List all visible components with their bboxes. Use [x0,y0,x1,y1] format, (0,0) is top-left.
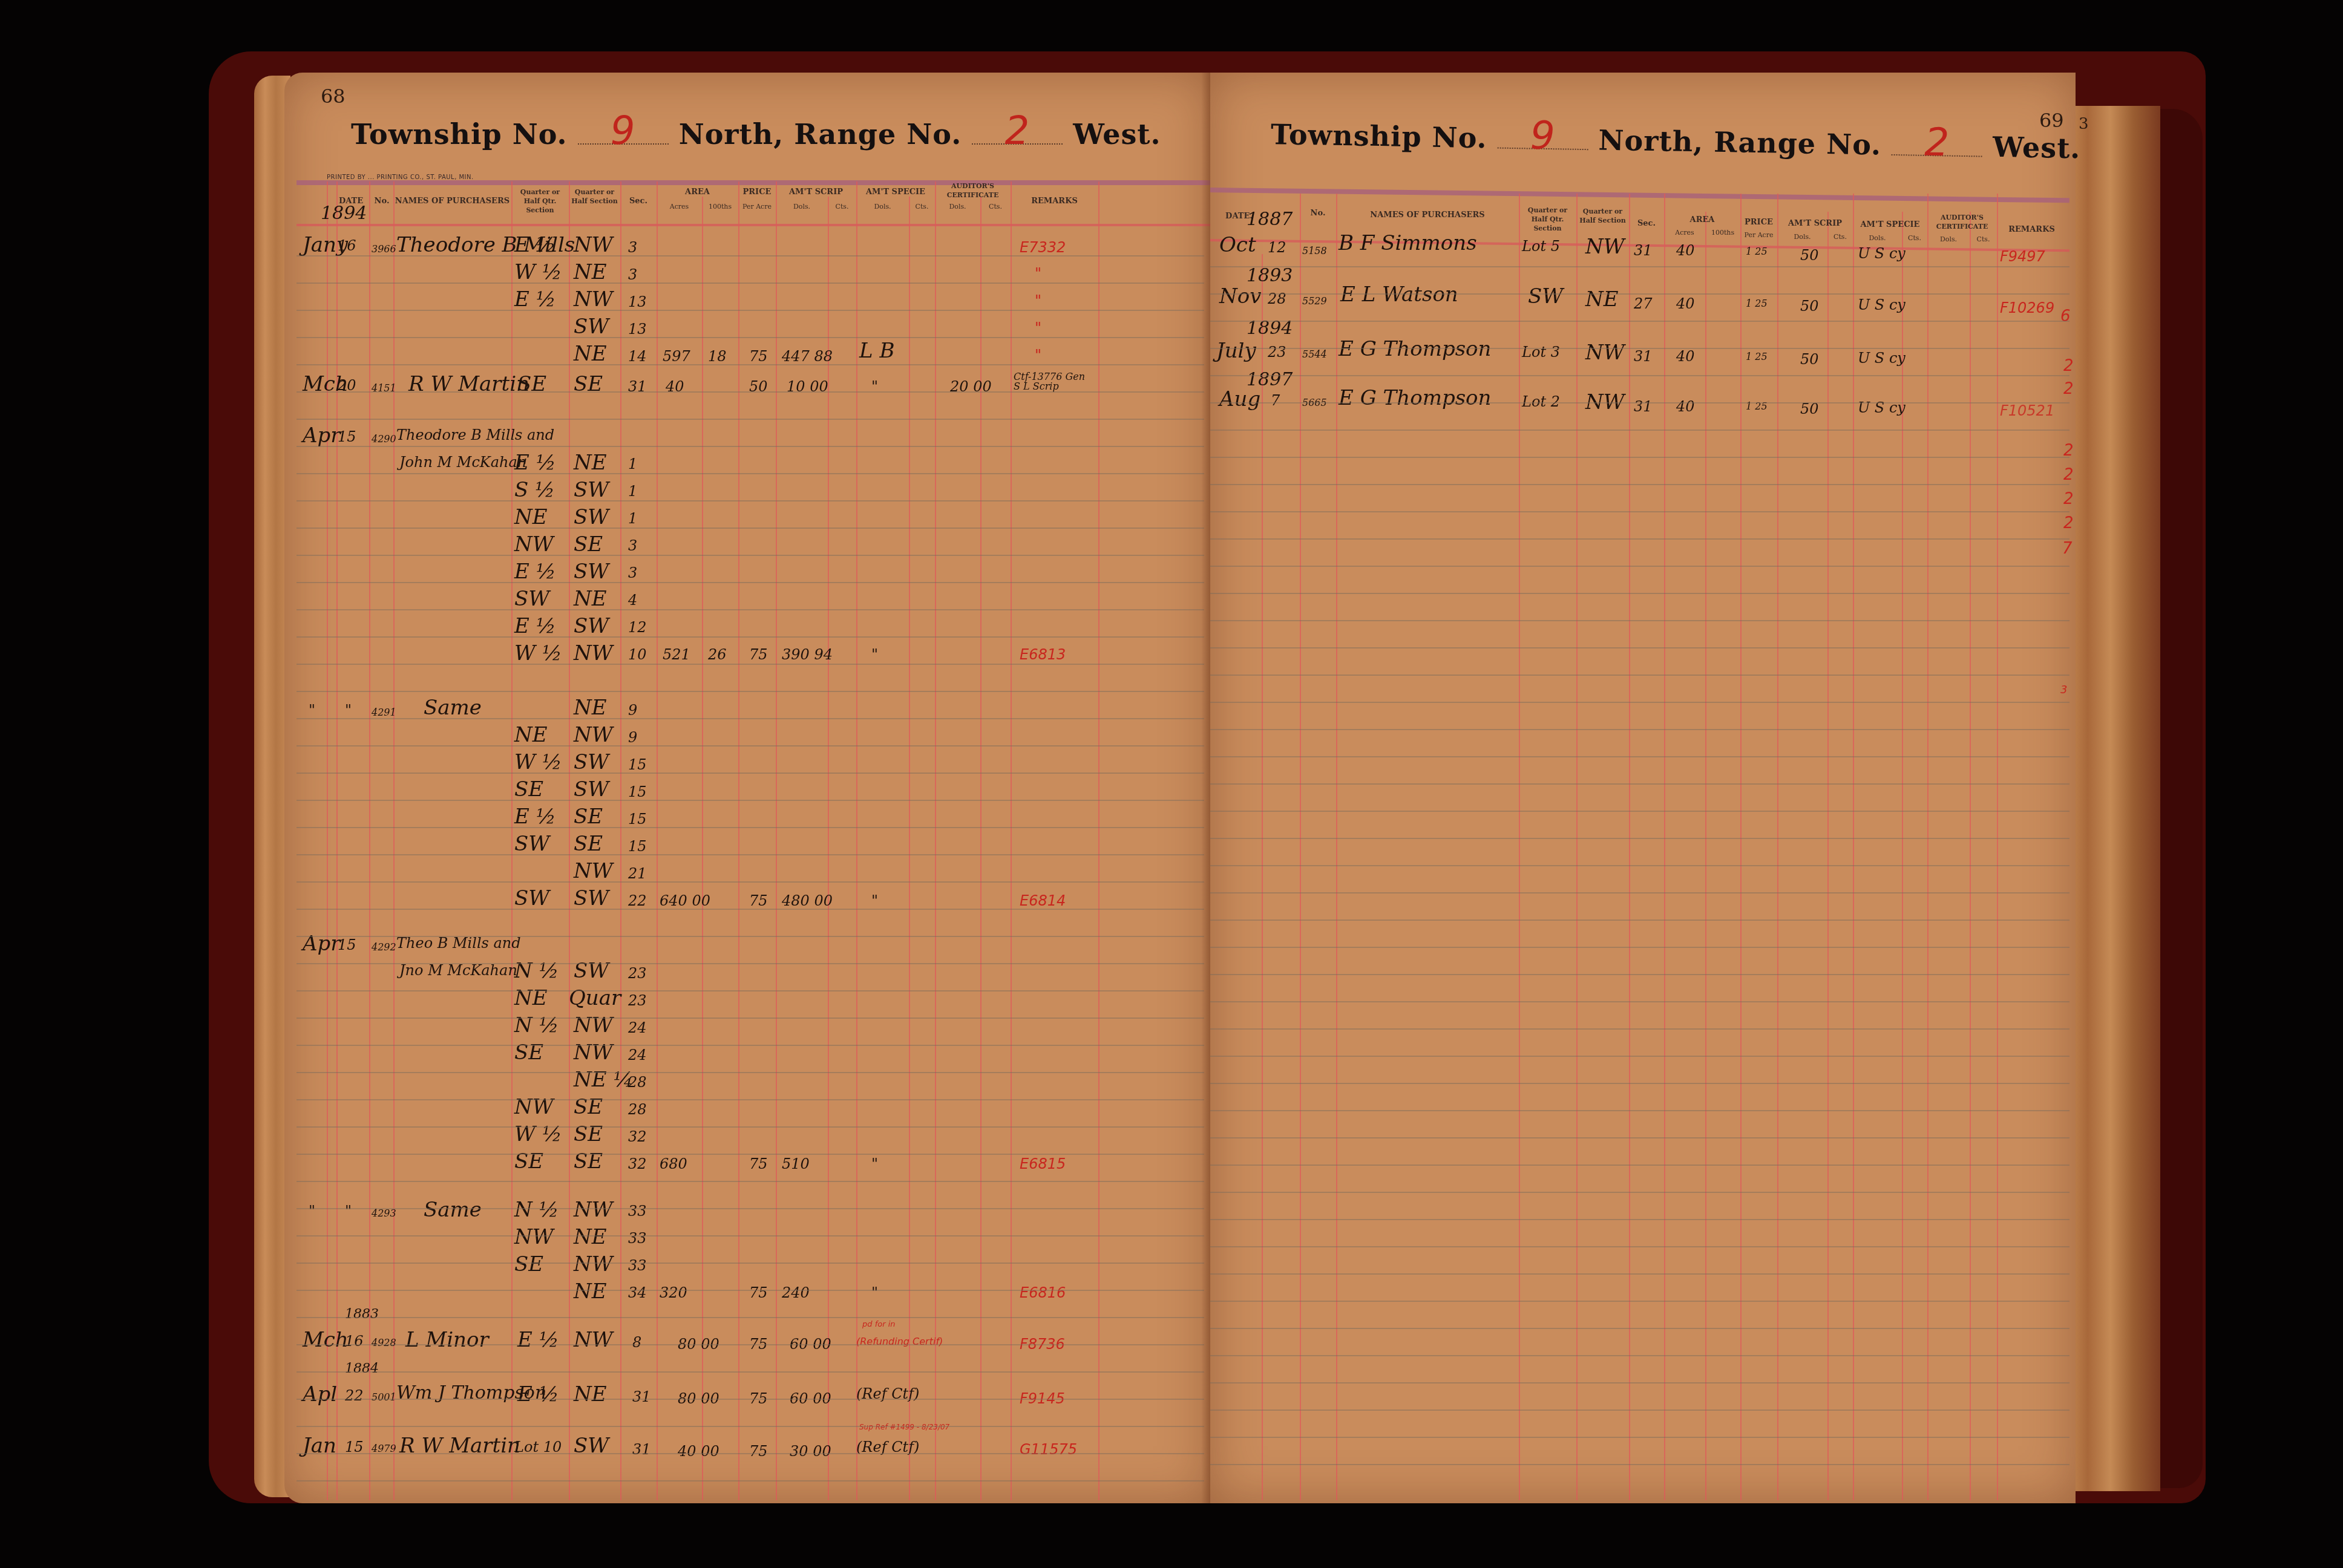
ledger-line [1210,1165,2069,1166]
ledger-line [1210,620,2069,621]
entry-half: NW [1585,341,1625,365]
ledger-line [1210,1246,2069,1247]
ledger-line [297,1099,1204,1100]
col-rule [856,181,857,1500]
entry-specie: " [871,646,878,663]
ledger-line [297,1371,1204,1373]
ledger-line [297,909,1204,910]
entry-half: NE ¼ [574,1068,633,1092]
entry-scrip: 447 88 [782,348,833,365]
ledger-line [1210,538,2069,540]
entry-sec: 31 [632,1388,651,1405]
col-no: No. [1300,209,1336,218]
ledger-line [297,1290,1204,1291]
entry-sec: 31 [1634,348,1653,365]
col-scrip-cts: Cts. [828,203,856,211]
ledger-line [297,1126,1204,1128]
entry-number: 5001 [372,1391,396,1403]
entry-sec: 23 [628,992,647,1009]
entry-sec: 15 [628,811,647,828]
ledger-line [1210,484,2069,485]
entry-date-day: 15 [338,428,356,445]
entry-half: NW [574,1198,613,1222]
entry-date-day: " [345,702,352,719]
entry-half: NW [574,1252,613,1276]
col-rule [1827,212,1829,1500]
entry-sec: 15 [628,838,647,855]
ledger-line [1210,1355,2069,1356]
header-band [297,180,1210,185]
edge-mark: 7 [2062,540,2073,558]
ledger-line [1210,1410,2069,1411]
entry-scrip: 240 [782,1284,810,1301]
col-rule [1576,194,1578,1500]
ledger-line [1210,783,2069,785]
ledger-line [297,1426,1204,1427]
entry-sec: 3 [628,537,637,554]
entry-qtr: SE [514,1252,543,1276]
edge-mark: 2 [2063,514,2074,532]
entry-scrip: 30 00 [790,1443,831,1460]
edge-page-number: 3 [2079,115,2089,133]
entry-specie: " [871,892,878,909]
ledger-line [297,1045,1204,1046]
entry-qtr: NE [514,723,548,747]
entry-sec: 22 [628,892,647,909]
entry-purchaser-2: John M McKahan [399,454,526,471]
col-auditor: AUDITOR'S CERTIFICATE [935,181,1011,200]
col-rule [1740,194,1742,1500]
entry-qtr: Lot 5 [1522,238,1560,255]
entry-purchaser: Theo B Mills and [396,935,521,952]
entry-half: SW [574,777,609,802]
entry-remark: E7332 [1020,239,1066,256]
west-label: West. [1073,118,1161,151]
township-value: 9 [578,119,669,145]
entry-year: 1887 [1247,209,1293,230]
entry-qtr: E ½ [517,1328,559,1352]
entry-sec: 28 [628,1101,647,1118]
col-area: AREA [1664,215,1740,224]
ledger-line [1210,675,2069,676]
entry-half: SW [574,315,609,339]
entry-half: SW [574,478,609,502]
edge-mark: 2 [2063,357,2074,375]
col-names: NAMES OF PURCHASERS [1336,211,1519,220]
entry-sec: 23 [628,965,647,982]
entry-sec: 33 [628,1203,647,1220]
entry-qtr: E ½ [514,805,556,829]
col-rule [935,181,936,1500]
col-rule [1262,254,1263,1500]
entry-acres: 40 [1676,398,1695,415]
entry-number: 4928 [372,1337,396,1348]
entry-date-month: " [309,702,315,719]
col-qtr-half-qtr: Quarter or Half Qtr. Section [511,188,569,215]
ledger-line [1210,1328,2069,1329]
entry-half: NE [1585,287,1619,312]
entry-date-day: 7 [1271,392,1280,409]
entry-qtr: W ½ [514,1122,562,1146]
ledger-line [1210,892,2069,893]
entry-sec: 3 [628,564,637,581]
col-rule [1336,194,1337,1500]
range-value: 2 [972,119,1063,145]
ledger-line [1210,947,2069,948]
entry-year: 1883 [345,1307,379,1322]
col-scrip-cts: Cts. [1827,233,1853,241]
ledger-line [1210,457,2069,458]
col-sec: Sec. [1629,219,1664,228]
entry-sec: 1 [628,456,637,472]
entry-purchaser: B F Simmons [1339,231,1477,255]
col-specie-dols: Dols. [1853,234,1902,242]
entry-purchaser: Same [424,1198,482,1222]
ledger-line [297,881,1204,883]
entry-half: NW [574,1013,613,1037]
entry-half: SE [574,1095,603,1119]
entry-sec: 3 [628,239,637,256]
entry-qtr: E ½ [514,451,556,475]
col-rule [1853,194,1854,1500]
entry-acres: 40 00 [678,1443,719,1460]
entry-price: 75 [749,646,768,663]
col-area-100ths: 100ths [702,203,738,211]
entry-remark: G11575 [1020,1441,1077,1458]
entry-half: NW [574,1328,613,1352]
entry-date-day: 22 [345,1387,364,1404]
entry-number: 3966 [372,243,396,255]
entry-price: 75 [749,1284,768,1301]
entry-half: NE [574,342,607,366]
entry-qtr: N ½ [514,1198,559,1222]
entry-year: 1884 [345,1361,379,1376]
entry-qtr: NW [514,532,554,557]
ledger-line [297,1263,1204,1264]
entry-acres: 640 00 [660,892,710,909]
entry-sec: 32 [628,1128,647,1145]
edge-mark: 6 [2060,307,2071,325]
entry-qtr: E ½ [514,614,556,638]
col-price-per-acre: Per Acre [738,203,776,211]
page-number: 68 [321,85,346,108]
entry-remark: " [1035,347,1041,364]
entry-qtr: NW [514,1095,554,1119]
entry-100ths: 26 [708,646,727,663]
page-title: Township No. 9 North, Range No. 2 West. [1271,118,2081,165]
entry-remark: E6815 [1020,1155,1066,1172]
ledger-line [1210,1028,2069,1030]
township-label: Township No. [1271,118,1487,154]
entry-scrip: 510 [782,1155,810,1172]
ledger-line [297,1072,1204,1073]
ledger-line [297,718,1204,719]
ledger-line [297,636,1204,638]
entry-specie: U S cy [1858,296,1906,313]
col-scrip: AM'T SCRIP [1777,219,1853,228]
entry-sec: 24 [628,1047,647,1063]
entry-half: NE [574,260,607,284]
entry-sec: 31 [632,1441,651,1458]
col-rule [1664,194,1665,1500]
entry-sec: 4 [628,592,637,609]
entry-qtr: SE [517,372,546,396]
entry-purchaser: Same [424,696,482,720]
entry-date-month: Nov [1219,284,1261,309]
ledger-line [1210,865,2069,866]
entry-qtr: N ½ [514,1013,559,1037]
entry-sec: 13 [628,293,647,310]
entry-qtr: Lot 2 [1522,393,1560,410]
page-number: 69 [2039,109,2064,132]
col-rule [1519,194,1520,1500]
col-scrip-dols: Dols. [1777,233,1827,241]
col-area-acres: Acres [1664,229,1705,237]
entry-half: NE [574,1225,607,1249]
edge-mark: 2 [2063,466,2074,484]
col-rule [1970,212,1971,1500]
entry-scrip: 480 00 [782,892,833,909]
entry-sec: 33 [628,1230,647,1247]
edge-mark: 3 [2060,684,2067,696]
entry-qtr: SW [514,832,549,856]
ledger-line [297,255,1204,256]
page-stack-right [2069,106,2160,1491]
ledger-line [297,1317,1204,1318]
ledger-line [1210,647,2069,648]
entry-qtr: Lot 3 [1522,344,1560,361]
entry-acres: 40 [1676,295,1695,312]
entry-qtr: E ½ [517,1382,559,1406]
ledger-line [297,446,1204,447]
col-price: PRICE [738,188,776,197]
ledger-line [297,691,1204,692]
entry-half: NE [574,587,607,611]
entry-date-day: " [345,1203,352,1220]
ledger-line [1210,402,2069,403]
col-specie-dols: Dols. [856,203,909,211]
ledger-line [1210,1382,2069,1383]
ledger-line [1210,729,2069,730]
entry-sec: 15 [628,756,647,773]
ledger-line [297,1453,1204,1454]
ledger-line [297,1480,1204,1481]
entry-acres: 597 [663,348,690,365]
right-page: 69 3 Township No. 9 North, Range No. 2 W… [1210,73,2076,1503]
entry-qtr: NE [514,505,548,529]
ledger-line [297,500,1204,501]
ledger-line [297,310,1204,311]
col-auditor-cts: Cts. [1970,235,1997,243]
entry-price: 75 [749,1155,768,1172]
entry-qtr: E ½ [514,560,556,584]
entry-specie: U S cy [1858,350,1906,367]
entry-date-month: Apr [303,932,341,956]
entry-sec: 12 [628,619,647,636]
entry-half: Quar [569,986,621,1010]
entry-date-month: Apl [303,1382,337,1406]
ledger-line [1210,566,2069,567]
entry-half: SE [574,832,603,856]
entry-half: SW [574,750,609,774]
ledger-line [1210,1437,2069,1438]
ledger-line [1210,1001,2069,1002]
entry-half: NW [574,641,613,665]
entry-specie: (Refunding Certif) [856,1336,943,1347]
ledger-line [1210,593,2069,594]
entry-number: 5544 [1302,348,1327,360]
entry-qtr: W ½ [514,260,562,284]
entry-specie: U S cy [1858,245,1906,262]
col-qtr-half-qtr: Quarter or Half Qtr. Section [1519,206,1576,233]
ledger-line [297,364,1204,365]
entry-sec: 15 [628,783,647,800]
ledger-line [297,800,1204,801]
entry-acres: 680 [660,1155,687,1172]
ledger-line [297,990,1204,991]
entry-half: NW [574,287,613,312]
entry-qtr: SE [514,1149,543,1174]
header-rule [297,224,1210,226]
ledger-line [297,419,1204,420]
col-auditor: AUDITOR'S CERTIFICATE [1927,213,1997,231]
entry-sec: 13 [628,321,647,338]
entry-acres: 521 [663,646,690,663]
entry-purchaser: R W Martin [408,372,529,396]
entry-qtr: E ½ [514,287,556,312]
ledger-line [1210,266,2069,267]
ledger-line [1210,702,2069,703]
entry-scrip: 50 [1800,351,1819,368]
entry-scrip: 50 [1800,247,1819,264]
entry-date-month: Jan [303,1434,336,1458]
col-price: PRICE [1740,218,1777,227]
ledger-line [1210,1110,2069,1111]
entry-qtr: SW [514,886,549,910]
entry-sec: 21 [628,865,647,882]
entry-half: NW [1585,235,1625,259]
ledger-line [1210,1137,2069,1138]
entry-sec: 8 [632,1334,641,1351]
col-rule [1705,212,1706,1500]
ledger-line [297,609,1204,610]
col-specie-cts: Cts. [909,203,935,211]
ledger-line [297,1344,1204,1345]
entry-number: 4292 [372,941,396,953]
west-label: West. [1993,131,2081,165]
entry-price: 75 [749,348,768,365]
entry-half: NW [574,233,613,257]
entry-date-day: 16 [345,1333,364,1350]
entry-number: 5158 [1302,245,1327,256]
col-remarks: REMARKS [1997,225,2066,234]
col-rule [1777,194,1778,1500]
entry-sec: 32 [628,1155,647,1172]
entry-date-month: Oct [1219,233,1256,257]
township-value: 9 [1497,123,1588,151]
col-rule [393,181,395,1500]
entry-scrip: 390 94 [782,646,833,663]
col-no: No. [370,197,393,206]
entry-100ths: 18 [708,348,727,365]
col-rule [1011,181,1012,1500]
ledger-line [1210,511,2069,512]
entry-price: 75 [749,892,768,909]
entry-date-month: Mch [303,1328,349,1352]
entry-half: NE [574,1382,607,1406]
ledger-line [297,1235,1204,1236]
col-scrip: AM'T SCRIP [776,188,856,197]
entry-qtr: W ½ [514,641,562,665]
entry-half: NW [574,859,613,883]
entry-number: 4291 [372,707,396,718]
ledger-line [297,391,1204,393]
entry-remark: E6813 [1020,646,1066,663]
entry-half: SW [574,614,609,638]
entry-specie: " [871,1155,878,1172]
col-rule [776,181,777,1500]
entry-remark: Ctf-13776 Gen S L Scrip [1014,372,1086,391]
entry-sec: 10 [628,646,647,663]
ledger-line [297,473,1204,474]
ledger-line [1210,430,2069,431]
entry-price: 1 25 [1746,298,1768,309]
entry-number: 5529 [1302,295,1327,307]
entry-purchaser-2: Jno M McKahan [399,962,517,979]
entry-remark: E6816 [1020,1284,1066,1301]
entry-qtr: SE [514,777,543,802]
entry-qtr: NE [514,986,548,1010]
entry-half: SW [574,560,609,584]
entry-sec: 28 [628,1074,647,1091]
entry-remark: E6814 [1020,892,1066,909]
entry-purchaser: L Minor [405,1328,489,1352]
entry-sec: 1 [628,483,637,500]
range-value: 2 [1892,130,1983,157]
entry-specie-note: Sup Ref #1499 - 8/23/07 [859,1423,949,1431]
col-qtr-half: Quarter or Half Section [1576,207,1629,225]
entry-date-day: 23 [1268,344,1286,361]
ledger-line [1210,348,2069,349]
entry-half: SE [574,1122,603,1146]
ledger-line [297,555,1204,556]
entry-qtr: NW [514,1225,554,1249]
ledger-line [1210,1301,2069,1302]
col-remarks: REMARKS [1011,197,1098,206]
entry-sec: 27 [1634,295,1653,312]
col-price-per-acre: Per Acre [1740,231,1777,239]
ledger-line [297,1208,1204,1209]
entry-year: 1893 [1247,265,1293,286]
year-header: 1894 [321,203,367,224]
entry-number: 4290 [372,433,396,445]
col-names: NAMES OF PURCHASERS [393,197,511,206]
ledger-line [297,1181,1204,1182]
entry-specie: L B [859,339,894,363]
entry-remark: " [1035,265,1041,282]
entry-purchaser: E G Thompson [1339,337,1491,361]
ledger-line [1210,321,2069,322]
entry-date-day: 12 [1268,239,1286,256]
entry-date-day: 16 [338,237,356,254]
ledger-line [1210,293,2069,295]
ledger-line [297,582,1204,583]
ledger-line [1210,920,2069,921]
entry-date-day: 15 [338,936,356,953]
entry-qtr: E ½ [514,233,556,257]
col-rule [569,181,570,1500]
entry-acres: 320 [660,1284,687,1301]
